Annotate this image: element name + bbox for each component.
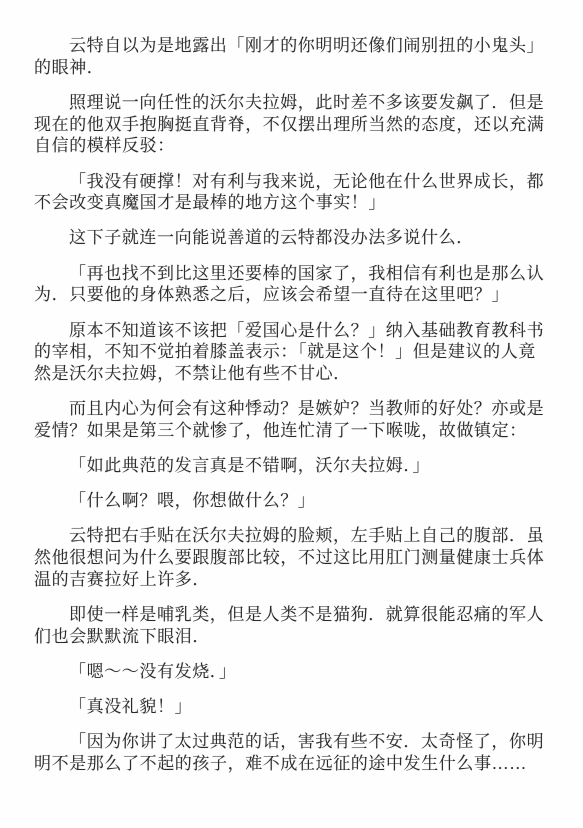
scanned-book-page-body: { "page": { "background": "#fefefe", "te… xyxy=(0,0,583,828)
paragraph: 照理说一向任性的沃尔夫拉姆，此时差不多该要发飙了．但是 现在的他双手抱胸挺直背脊… xyxy=(34,92,560,157)
paragraph: 「我没有硬撑！对有利与我来说，无论他在什么世界成长，都 不会改变真魔国才是最棒的… xyxy=(34,171,560,214)
paragraph: 而且内心为何会有这种悸动？是嫉妒？当教师的好处？亦或是 爱情？如果是第三个就惨了… xyxy=(34,398,560,441)
paragraph: 「真没礼貌！」 xyxy=(34,696,560,718)
paragraph: 云特自以为是地露出「刚才的你明明还像们闹别扭的小鬼头」 的眼神． xyxy=(34,35,560,78)
paragraph: 原本不知道该不该把「爱国心是什么？」纳入基础教育教科书 的宰相，不知不觉拍着膝盖… xyxy=(34,320,560,385)
book-page: 云特自以为是地露出「刚才的你明明还像们闹别扭的小鬼头」 的眼神． 照理说一向任性… xyxy=(0,0,583,828)
paragraph: 「如此典范的发言真是不错啊，沃尔夫拉姆．」 xyxy=(34,455,560,477)
paragraph: 「因为你讲了太过典范的话，害我有些不安．太奇怪了，你明 明不是那么了不起的孩子，… xyxy=(34,731,560,774)
paragraph: 这下子就连一向能说善道的云特都没办法多说什么． xyxy=(34,227,560,249)
paragraph: 云特把右手贴在沃尔夫拉姆的脸颊，左手贴上自己的腹部．虽 然他很想问为什么要跟腹部… xyxy=(34,525,560,590)
paragraph: 「嗯～～没有发烧．」 xyxy=(34,661,560,683)
paragraph: 「再也找不到比这里还要棒的国家了，我相信有利也是那么认 为．只要他的身体熟悉之后… xyxy=(34,263,560,306)
paragraph: 「什么啊？喂，你想做什么？」 xyxy=(34,490,560,512)
paragraph: 即使一样是哺乳类，但是人类不是猫狗．就算很能忍痛的军人 们也会默默流下眼泪． xyxy=(34,604,560,647)
